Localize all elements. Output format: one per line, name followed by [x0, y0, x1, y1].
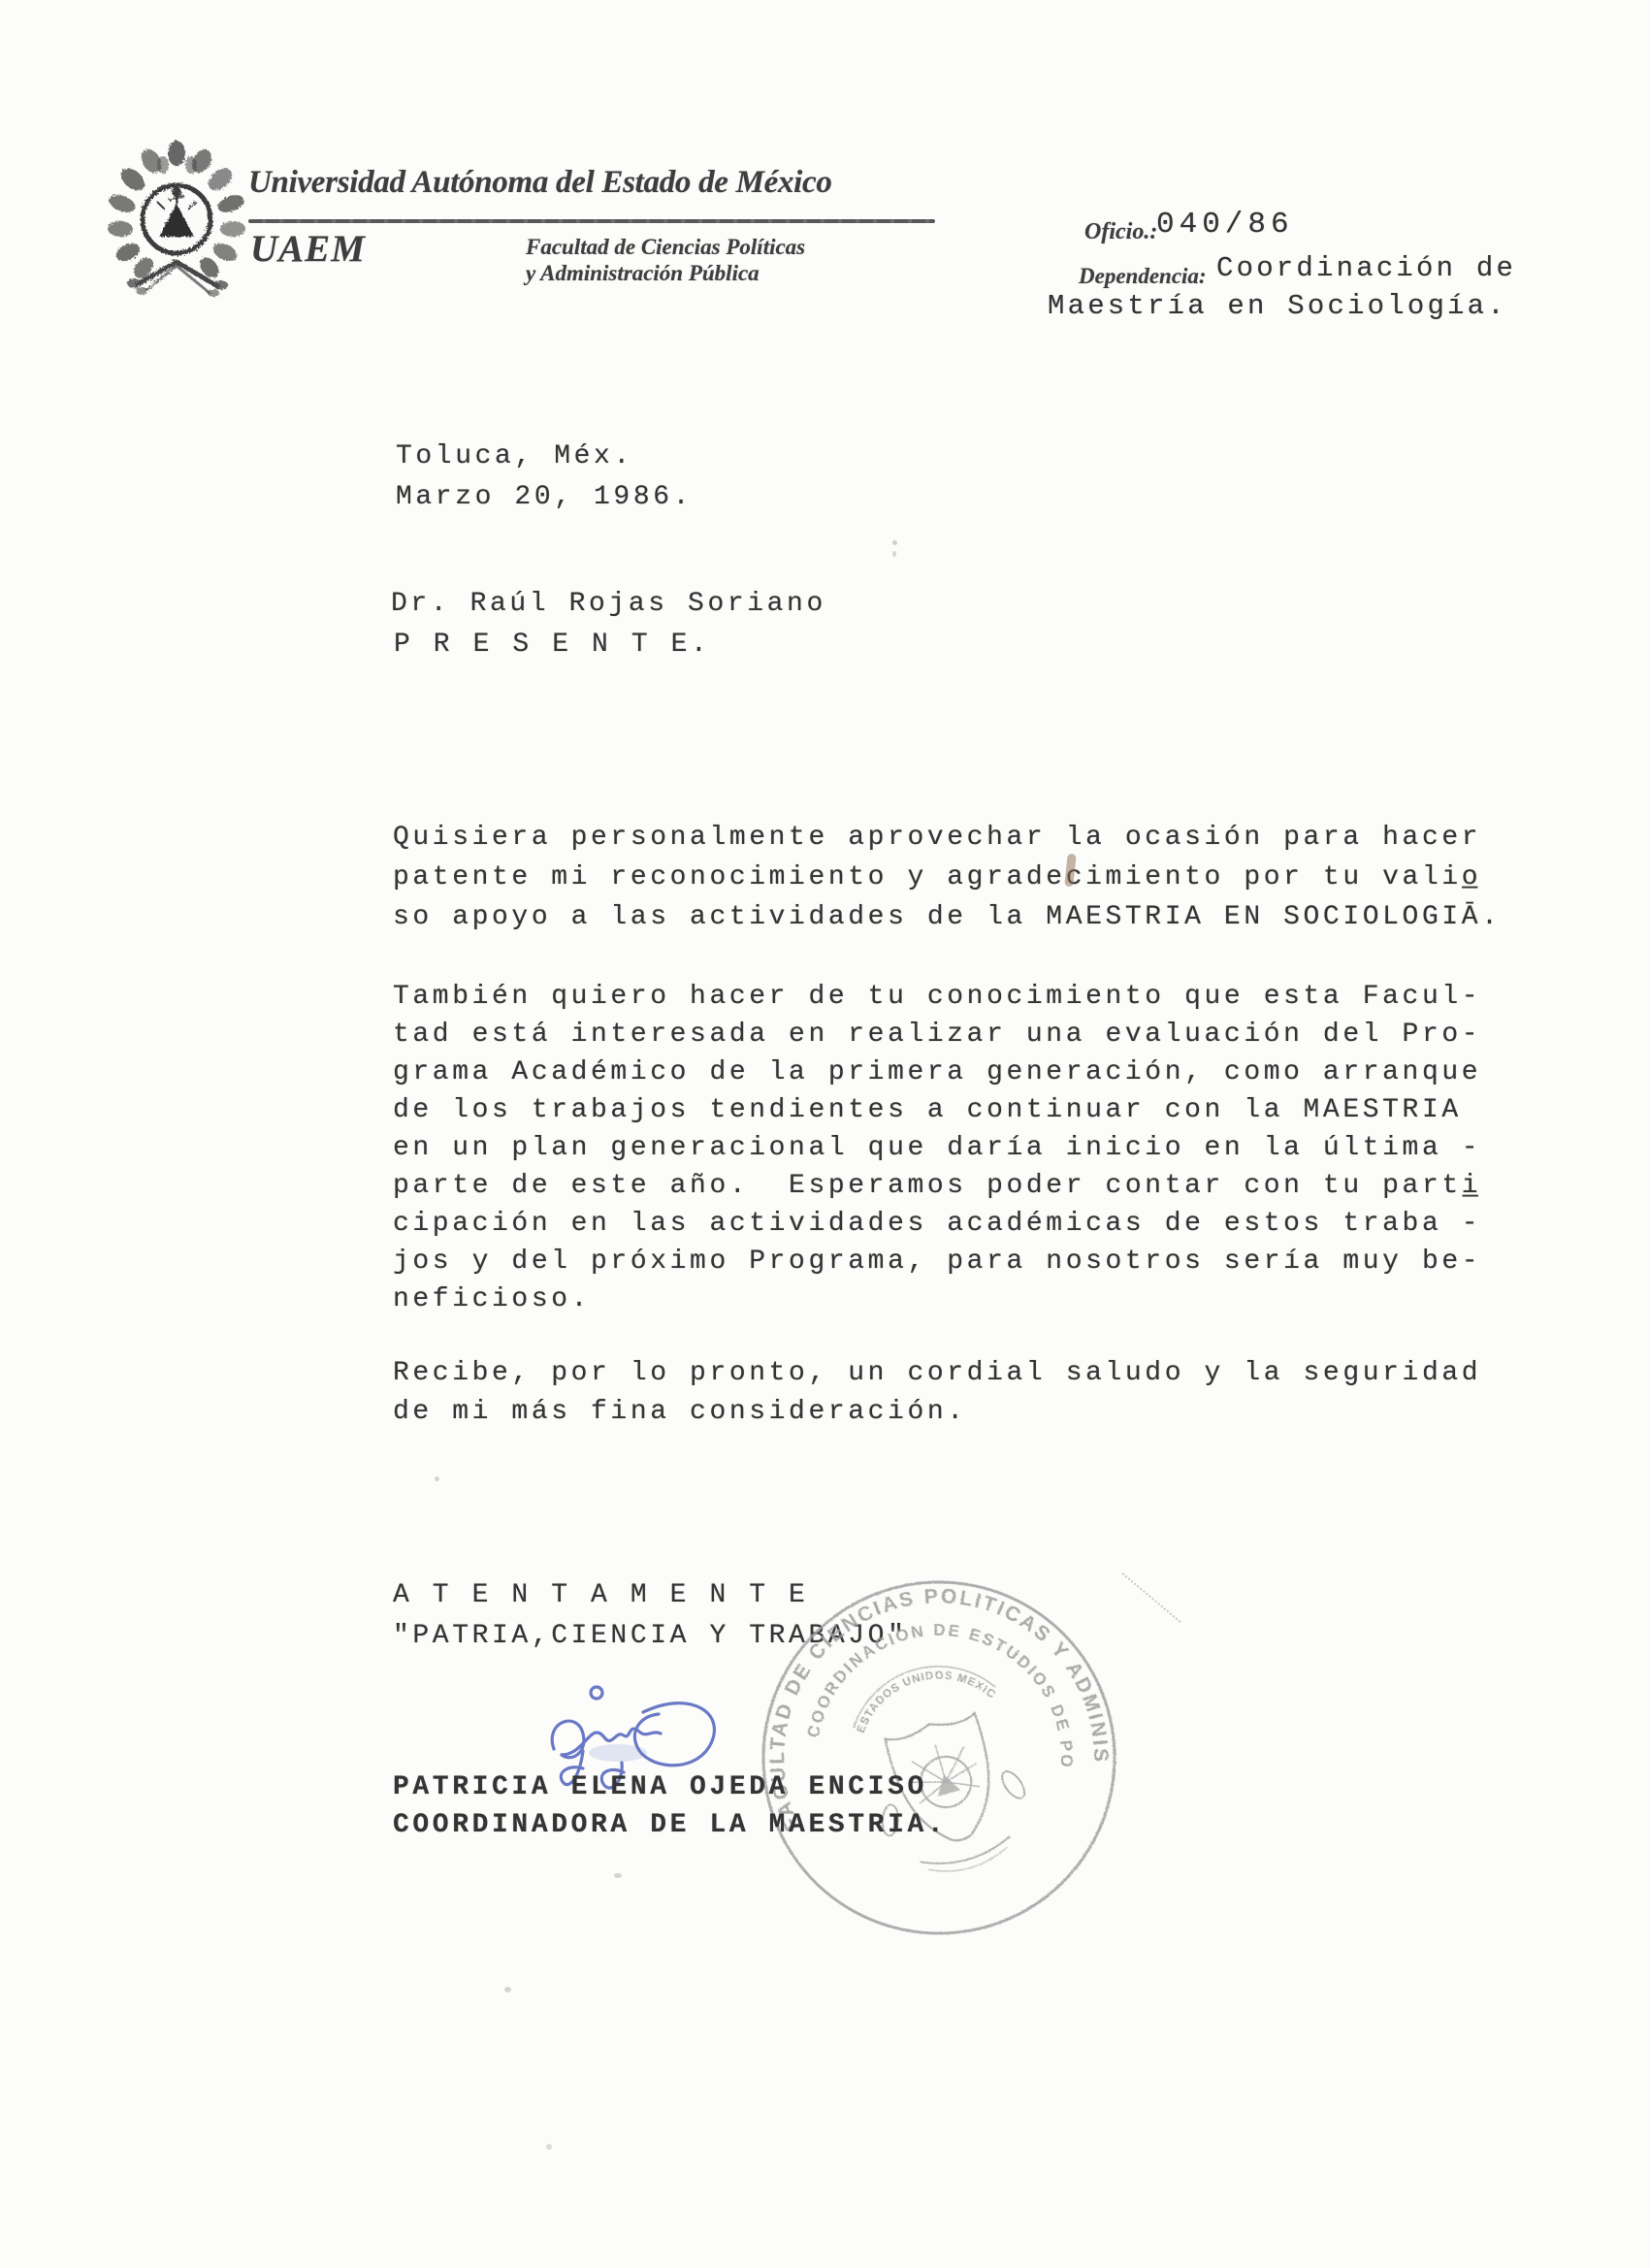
- scan-speck: [504, 1987, 511, 1993]
- typewriter-line: patente mi reconocimiento y agradecimien…: [393, 858, 1502, 897]
- typewriter-line: neficioso.: [393, 1280, 1481, 1318]
- typewriter-line: de los trabajos tendientes a continuar c…: [393, 1091, 1481, 1129]
- dependencia-label: Dependencia:: [1079, 264, 1207, 289]
- dateline-place: Toluca, Méx.: [396, 441, 633, 471]
- scan-speck: [614, 1873, 622, 1878]
- letter-document: Universidad Autónoma del Estado de Méxic…: [0, 0, 1649, 2268]
- scan-speck: [892, 551, 896, 557]
- handwritten-signature: [529, 1654, 761, 1829]
- typewriter-line: grama Académico de la primera generación…: [393, 1053, 1481, 1091]
- recipient-name: Dr. Raúl Rojas Soriano: [391, 589, 826, 619]
- scan-speck: [546, 2144, 552, 2150]
- oficio-value: 040/86: [1156, 208, 1294, 242]
- letterhead-rule: [248, 219, 935, 223]
- recipient-salutation: P R E S E N T E.: [394, 630, 710, 660]
- typewriter-line: Quisiera personalmente aprovechar la oca…: [393, 818, 1502, 858]
- university-name: Universidad Autónoma del Estado de Méxic…: [248, 165, 832, 201]
- typewriter-line: tad está interesada en realizar una eval…: [393, 1016, 1481, 1053]
- typewriter-line: de mi más fina consideración.: [393, 1393, 1481, 1432]
- scan-speck: [892, 540, 897, 545]
- typewriter-line: También quiero hacer de tu conocimiento …: [393, 978, 1481, 1016]
- paragraph-3: Recibe, por lo pronto, un cordial saludo…: [393, 1354, 1481, 1432]
- paragraph-1: Quisiera personalmente aprovechar la oca…: [393, 818, 1502, 937]
- faculty-name: Facultad de Ciencias Políticas y Adminis…: [526, 234, 805, 286]
- uaem-coat-of-arms-logo: [107, 138, 247, 308]
- scan-speck: [435, 1476, 439, 1481]
- typewriter-line: parte de este año. Esperamos poder conta…: [393, 1167, 1481, 1205]
- paragraph-2: También quiero hacer de tu conocimiento …: [393, 978, 1481, 1318]
- typewriter-line: en un plan generacional que daría inicio…: [393, 1129, 1481, 1167]
- dependencia-value-line-1: Coordinación de: [1216, 252, 1516, 284]
- signer-name: PATRICIA ELENA OJEDA ENCISO: [393, 1772, 927, 1802]
- typewriter-line: Recibe, por lo pronto, un cordial saludo…: [393, 1354, 1481, 1393]
- faculty-line-2: y Administración Pública: [526, 260, 805, 286]
- dependencia-value-line-2: Maestría en Sociología.: [1048, 290, 1507, 322]
- typewriter-line: jos y del próximo Programa, para nosotro…: [393, 1243, 1481, 1280]
- signer-title: COORDINADORA DE LA MAESTRIA.: [393, 1810, 947, 1840]
- university-acronym: UAEM: [250, 227, 366, 271]
- faculty-line-1: Facultad de Ciencias Políticas: [526, 234, 805, 260]
- stamp-emblem: [840, 1649, 1044, 1889]
- dateline-date: Marzo 20, 1986.: [396, 482, 693, 512]
- circular-seal-stamp: FACULTAD DE CIENCIAS POLITICAS Y ADMINIS…: [747, 1562, 1135, 1950]
- typewriter-line: so apoyo a las actividades de la MAESTRI…: [393, 897, 1502, 937]
- typewriter-line: cipación en las actividades académicas d…: [393, 1205, 1481, 1243]
- oficio-label: Oficio.:: [1084, 219, 1157, 245]
